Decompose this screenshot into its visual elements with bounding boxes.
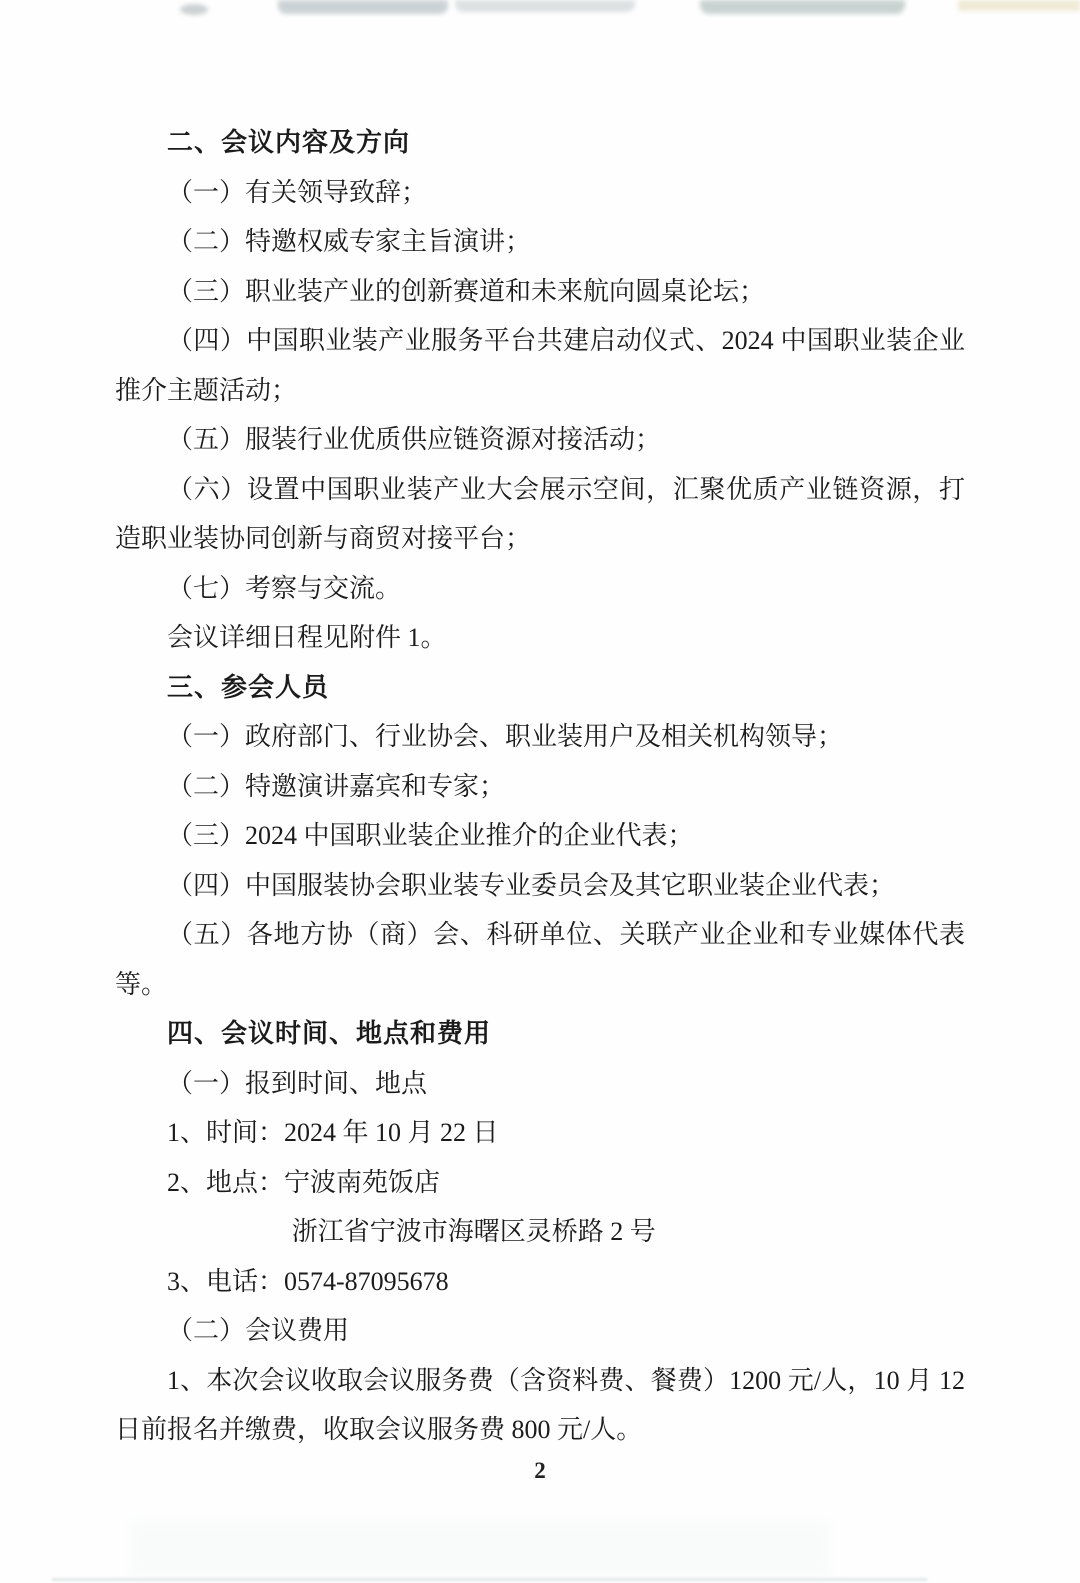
scan-edge-line	[52, 1578, 927, 1581]
paragraph-item: （四）中国服装协会职业装专业委员会及其它职业装企业代表；	[115, 861, 965, 911]
scan-smudge-gray	[455, 0, 635, 12]
paragraph-phone: 3、电话：0574-87095678	[115, 1257, 965, 1307]
section-heading-meeting-content: 二、会议内容及方向	[115, 118, 965, 168]
paragraph-item: （三）2024 中国职业装企业推介的企业代表；	[115, 811, 965, 861]
paragraph-item: （四）中国职业装产业服务平台共建启动仪式、2024 中国职业装企业推介主题活动；	[115, 316, 965, 415]
page-number: 2	[0, 1458, 1080, 1484]
paragraph-registration-time: 1、时间：2024 年 10 月 22 日	[115, 1108, 965, 1158]
document-page: 二、会议内容及方向 （一）有关领导致辞； （二）特邀权威专家主旨演讲； （三）职…	[0, 0, 1080, 1583]
paragraph-item: （五）服装行业优质供应链资源对接活动；	[115, 415, 965, 465]
paragraph-item: （六）设置中国职业装产业大会展示空间，汇聚优质产业链资源，打造职业装协同创新与商…	[115, 465, 965, 564]
section-heading-participants: 三、参会人员	[115, 663, 965, 713]
section-heading-time-place-fees: 四、会议时间、地点和费用	[115, 1009, 965, 1059]
paragraph-item: （五）各地方协（商）会、科研单位、关联产业企业和专业媒体代表等。	[115, 910, 965, 1009]
document-body: 二、会议内容及方向 （一）有关领导致辞； （二）特邀权威专家主旨演讲； （三）职…	[115, 118, 965, 1455]
scan-bleed-through	[130, 1520, 830, 1578]
paragraph-item: （七）考察与交流。	[115, 564, 965, 614]
paragraph-fees: 1、本次会议收取会议服务费（含资料费、餐费）1200 元/人，10 月 12 日…	[115, 1356, 965, 1455]
paragraph-schedule-note: 会议详细日程见附件 1。	[115, 613, 965, 663]
scan-smudge-gray	[278, 0, 448, 14]
scan-smudge-yellow	[958, 0, 1080, 11]
paragraph-item: （二）会议费用	[115, 1306, 965, 1356]
scan-smudge-dot	[180, 4, 208, 15]
paragraph-hotel-address: 浙江省宁波市海曙区灵桥路 2 号	[115, 1207, 965, 1257]
paragraph-item: （二）特邀权威专家主旨演讲；	[115, 217, 965, 267]
paragraph-registration-place: 2、地点：宁波南苑饭店	[115, 1158, 965, 1208]
paragraph-item: （一）报到时间、地点	[115, 1059, 965, 1109]
scan-smudge-teal	[700, 0, 905, 14]
paragraph-item: （三）职业装产业的创新赛道和未来航向圆桌论坛；	[115, 267, 965, 317]
paragraph-item: （二）特邀演讲嘉宾和专家；	[115, 762, 965, 812]
paragraph-item: （一）有关领导致辞；	[115, 168, 965, 218]
paragraph-item: （一）政府部门、行业协会、职业装用户及相关机构领导；	[115, 712, 965, 762]
